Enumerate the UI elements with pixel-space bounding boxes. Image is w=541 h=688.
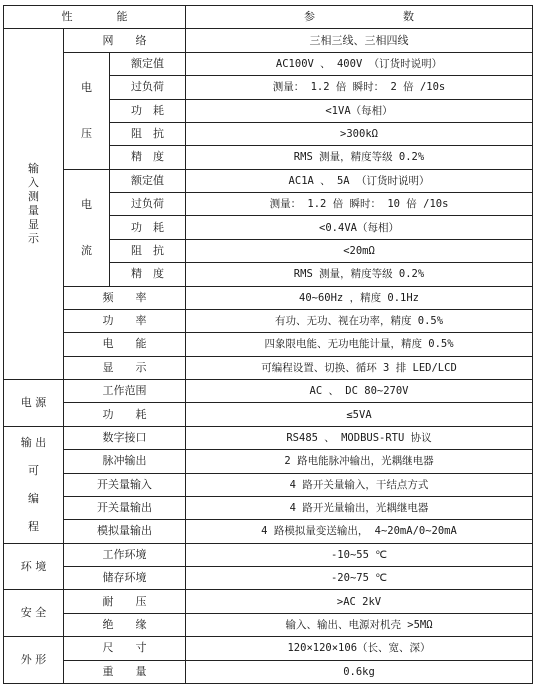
row-label: 精 度 [110, 146, 186, 169]
row-value: 测量： 1.2 倍 瞬时： 2 倍 /10s [186, 76, 533, 99]
row-value: -20~75 ℃ [186, 567, 533, 590]
row-label: 开关量输入 [64, 473, 186, 496]
row-value: 120×120×106（长、宽、深） [186, 637, 533, 660]
table-row: 开关量输出 4 路开光量输出，光耦继电器 [4, 496, 533, 519]
table-row: 外 形 尺 寸 120×120×106（长、宽、深） [4, 637, 533, 660]
row-label: 开关量输出 [64, 496, 186, 519]
row-label: 额定值 [110, 169, 186, 192]
table-row: 输 出 可 编 程 数字接口 RS485 、 MODBUS-RTU 协议 [4, 426, 533, 449]
group-label-power-supply: 电 源 [4, 380, 64, 427]
row-label: 精 度 [110, 263, 186, 286]
row-label: 工作环境 [64, 543, 186, 566]
row-label: 数字接口 [64, 426, 186, 449]
row-value: 0.6kg [186, 660, 533, 684]
header-performance: 性 能 [4, 6, 186, 29]
row-value: <20mΩ [186, 239, 533, 262]
table-row: 绝 缘 输入、输出、电源对机壳 >5MΩ [4, 613, 533, 636]
row-label: 脉冲输出 [64, 450, 186, 473]
row-value: >AC 2kV [186, 590, 533, 613]
row-label: 耐 压 [64, 590, 186, 613]
row-label: 显 示 [64, 356, 186, 379]
group-label-safety: 安 全 [4, 590, 64, 637]
row-value: 三相三线、三相四线 [186, 29, 533, 52]
row-label: 功 耗 [110, 99, 186, 122]
group-label-appearance: 外 形 [4, 637, 64, 684]
table-row: 频 率 40~60Hz ，精度 0.1Hz [4, 286, 533, 309]
group-label-output: 输 出 可 编 程 [4, 426, 64, 543]
table-row: 功 率 有功、无功、视在功率，精度 0.5% [4, 309, 533, 332]
row-value: 可编程设置、切换、循环 3 排 LED/LCD [186, 356, 533, 379]
row-label: 尺 寸 [64, 637, 186, 660]
row-value: <1VA（每相） [186, 99, 533, 122]
table-row: 电 源 工作范围 AC 、 DC 80~270V [4, 380, 533, 403]
group-label-environment: 环 境 [4, 543, 64, 590]
row-label: 额定值 [110, 52, 186, 75]
row-label: 网 络 [64, 29, 186, 52]
row-label: 功 率 [64, 309, 186, 332]
row-value: 测量： 1.2 倍 瞬时： 10 倍 /10s [186, 193, 533, 216]
table-row: 安 全 耐 压 >AC 2kV [4, 590, 533, 613]
table-row: 电 压 额定值 AC100V 、 400V （订货时说明） [4, 52, 533, 75]
row-value: <0.4VA（每相） [186, 216, 533, 239]
row-value: 4 路开光量输出，光耦继电器 [186, 496, 533, 519]
row-value: AC100V 、 400V （订货时说明） [186, 52, 533, 75]
table-row: 电 能 四象限电能、无功电能计量，精度 0.5% [4, 333, 533, 356]
row-value: AC 、 DC 80~270V [186, 380, 533, 403]
row-value: 4 路开关量输入，干结点方式 [186, 473, 533, 496]
row-label: 模拟量输出 [64, 520, 186, 543]
row-label: 阻 抗 [110, 122, 186, 145]
row-label: 重 量 [64, 660, 186, 684]
table-row: 功 耗 ≤5VA [4, 403, 533, 426]
row-label: 过负荷 [110, 193, 186, 216]
table-row: 显 示 可编程设置、切换、循环 3 排 LED/LCD [4, 356, 533, 379]
row-label: 功 耗 [64, 403, 186, 426]
subgroup-label-current: 电 流 [64, 169, 110, 286]
row-value: ≤5VA [186, 403, 533, 426]
row-value: >300kΩ [186, 122, 533, 145]
spec-table: 性 能 参 数 输 入 测 量 显 示 网 络 三相三线、三相四线 电 压 额定… [3, 5, 533, 684]
row-value: 输入、输出、电源对机壳 >5MΩ [186, 613, 533, 636]
table-row: 模拟量输出 4 路模拟量变送输出， 4~20mA/0~20mA [4, 520, 533, 543]
row-value: 4 路模拟量变送输出， 4~20mA/0~20mA [186, 520, 533, 543]
row-value: 40~60Hz ，精度 0.1Hz [186, 286, 533, 309]
row-value: AC1A 、 5A （订货时说明） [186, 169, 533, 192]
row-label: 工作范围 [64, 380, 186, 403]
subgroup-label-voltage: 电 压 [64, 52, 110, 169]
table-row: 输 入 测 量 显 示 网 络 三相三线、三相四线 [4, 29, 533, 52]
row-value: -10~55 ℃ [186, 543, 533, 566]
header-row: 性 能 参 数 [4, 6, 533, 29]
table-row: 开关量输入 4 路开关量输入，干结点方式 [4, 473, 533, 496]
group-label-input: 输 入 测 量 显 示 [4, 29, 64, 380]
row-value: RMS 测量，精度等级 0.2% [186, 263, 533, 286]
row-label: 电 能 [64, 333, 186, 356]
table-row: 储存环境 -20~75 ℃ [4, 567, 533, 590]
row-label: 功 耗 [110, 216, 186, 239]
row-label: 储存环境 [64, 567, 186, 590]
table-row: 环 境 工作环境 -10~55 ℃ [4, 543, 533, 566]
row-value: 四象限电能、无功电能计量，精度 0.5% [186, 333, 533, 356]
table-row: 脉冲输出 2 路电能脉冲输出，光耦继电器 [4, 450, 533, 473]
table-row: 电 流 额定值 AC1A 、 5A （订货时说明） [4, 169, 533, 192]
row-label: 阻 抗 [110, 239, 186, 262]
row-label: 过负荷 [110, 76, 186, 99]
row-value: RMS 测量，精度等级 0.2% [186, 146, 533, 169]
row-label: 频 率 [64, 286, 186, 309]
header-parameters: 参 数 [186, 6, 533, 29]
row-value: RS485 、 MODBUS-RTU 协议 [186, 426, 533, 449]
row-value: 2 路电能脉冲输出，光耦继电器 [186, 450, 533, 473]
row-value: 有功、无功、视在功率，精度 0.5% [186, 309, 533, 332]
row-label: 绝 缘 [64, 613, 186, 636]
table-row: 重 量 0.6kg [4, 660, 533, 684]
